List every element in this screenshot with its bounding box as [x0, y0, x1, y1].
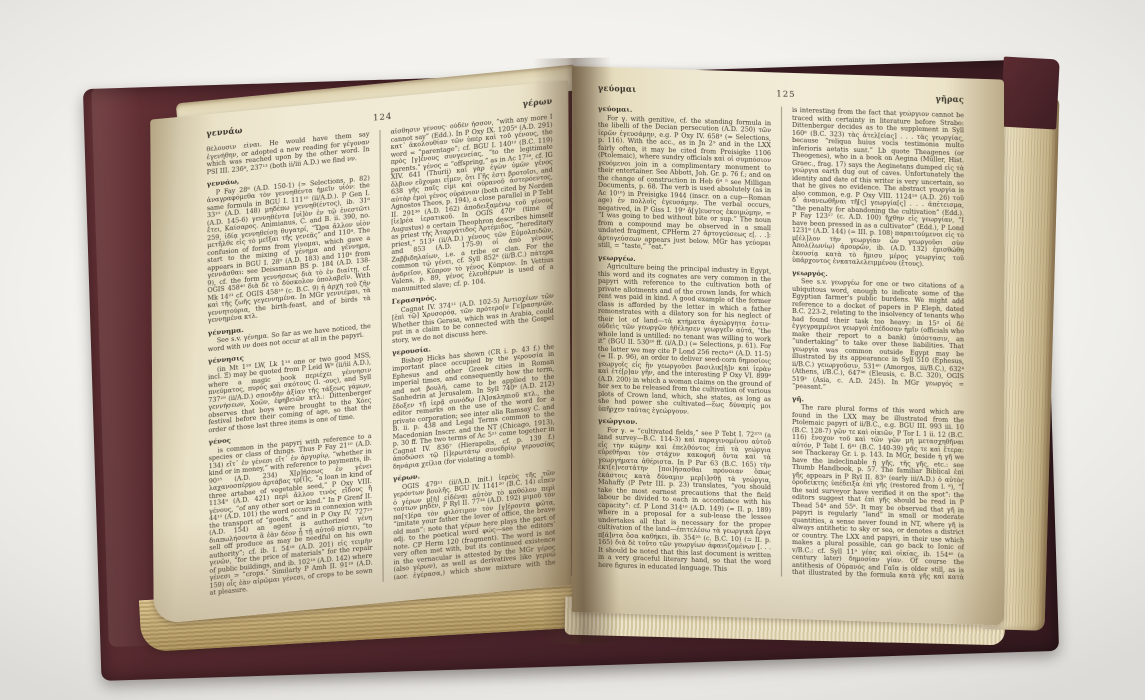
dictionary-entry: γέρων. OGIS 479¹¹ (ii/A.D. init.) ἱερεὺς…	[393, 460, 556, 581]
dictionary-entry: γέννησις (in Mt 1¹⁸ LW, Lk 1¹⁴ one or tw…	[208, 343, 372, 434]
dictionary-entry: Γερασηνός. Cagnat IV. 374¹¹ (A.D. 102-5)…	[392, 284, 554, 345]
entry-body: is common in the papyri with reference t…	[209, 432, 373, 597]
dictionary-entry: γεύομαι. For γ. with genitive, cf. the s…	[598, 106, 771, 255]
entry-body: Agriculture being the principal industry…	[598, 263, 771, 418]
dictionary-entry: γεώργιον. For γ. = “cultivated fields,” …	[598, 418, 771, 574]
entry-body: OGIS 479¹¹ (ii/A.D. init.) ἱερεὺς τῆς τῶ…	[393, 469, 556, 582]
dictionary-entry: is interesting from the fact that γεώργι…	[792, 107, 964, 270]
dictionary-entry: αἴσθησιν γένους· οὐδὲν ἧσσον, “with any …	[390, 114, 553, 294]
book-photo: γεννάω 124 γέρων θέλουσιν εἶναι. He woul…	[0, 0, 1145, 700]
entry-body: The rare plural forms of this word which…	[792, 404, 964, 582]
running-head-last-word: γέρων	[523, 96, 553, 109]
right-page-column-1: γεύομαι. For γ. with genitive, cf. the s…	[598, 101, 781, 577]
entry-body: For γ. with genitive, cf. the standing f…	[598, 114, 771, 254]
entry-body: Bishop Hicks has shown (CR i. p. 43 f.) …	[392, 343, 555, 471]
dictionary-entry: γεωργέω. Agriculture being the principal…	[598, 254, 771, 418]
left-page-column-2: αἴσθησιν γένους· οὐδὲν ἧσσον, “with any …	[379, 114, 555, 582]
right-page-column-2: is interesting from the fact that γεώργι…	[781, 107, 964, 583]
entry-body: See s.v. γεωργέω for one or two citation…	[792, 278, 964, 396]
dictionary-entry: γῆ. The rare plural forms of this word w…	[792, 395, 964, 582]
dictionary-entry: γεννάω, P Fay 28⁸ (A.D. 150-1) (= Select…	[207, 166, 371, 325]
entry-body: For γ. = “cultivated fields,” see P Tebt…	[598, 426, 771, 574]
running-head-first-word: γεύομαι	[598, 83, 636, 94]
entry-body: αἴσθησιν γένους· οὐδὲν ἧσσον, “with any …	[390, 114, 553, 294]
running-head-first-word: γεννάω	[206, 125, 242, 138]
left-page-column-1: θέλουσιν εἶναι. He would have them say ἐ…	[206, 130, 382, 598]
entry-body: (in Mt 1¹⁸ LW, Lk 1¹⁴ one or two good MS…	[208, 351, 371, 434]
left-page: γεννάω 124 γέρων θέλουσιν εἶναι. He woul…	[150, 80, 572, 624]
page-number-left: 124	[373, 112, 392, 124]
dictionary-entry: γερουσία. Bishop Hicks has shown (CR i. …	[392, 335, 555, 471]
right-page: γεύομαι 125 γῆρας γεύομαι. For γ. with g…	[572, 66, 1004, 626]
page-number-right: 125	[776, 89, 795, 100]
entry-body: P Fay 28⁸ (A.D. 150-1) (= Selections, p.…	[207, 174, 371, 324]
cover-corner-top-right	[1000, 57, 1060, 130]
running-head-last-word: γῆρας	[936, 93, 964, 104]
entry-body: is interesting from the fact that γεώργι…	[792, 107, 964, 270]
dictionary-entry: γένος is common in the papyri with refer…	[209, 424, 373, 598]
dictionary-entry: γεωργός. See s.v. γεωργέω for one or two…	[792, 269, 964, 395]
